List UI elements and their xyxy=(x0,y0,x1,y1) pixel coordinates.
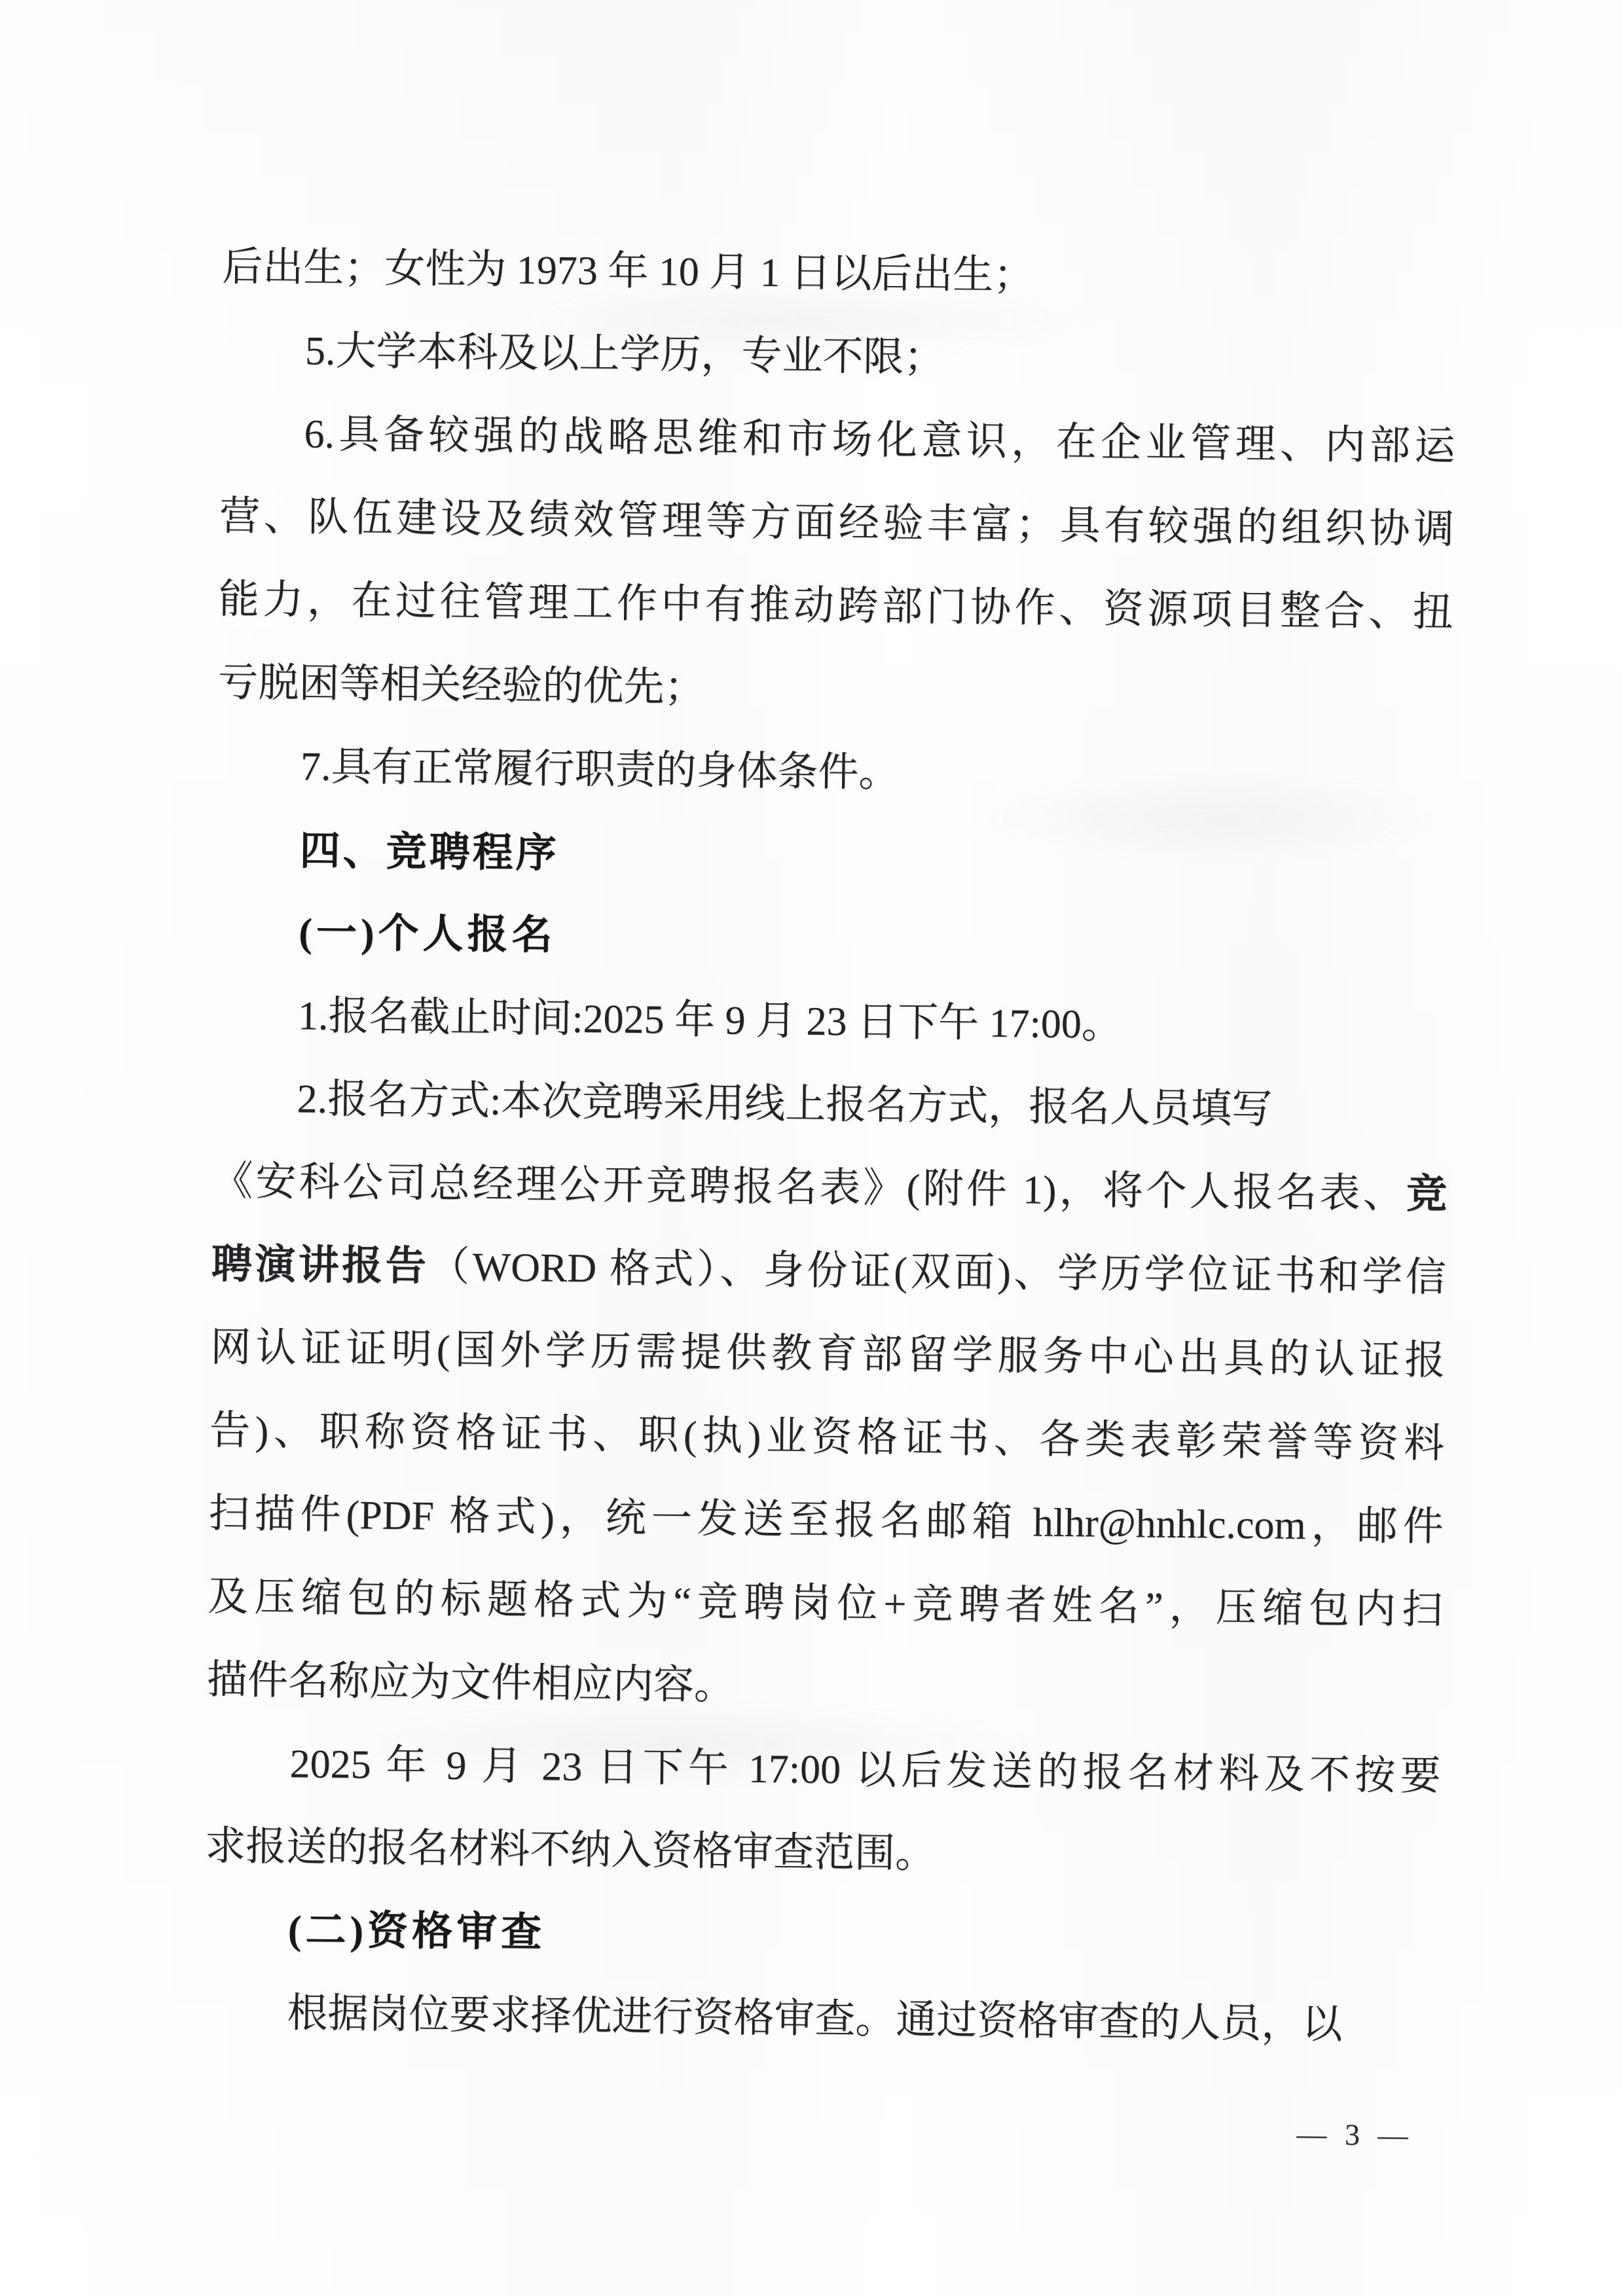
text-segment: （WORD 格式）、身份证(双面)、学历学位证书和学信 xyxy=(429,1245,1446,1300)
text-line: 7.具有正常履行职责的身体条件。 xyxy=(216,725,1451,821)
bold-text-segment: 聘演讲报告 xyxy=(211,1242,429,1289)
text-line: 2025 年 9 月 23 日下午 17:00 以后发送的报名材料及不按要 xyxy=(206,1722,1441,1818)
text-segment: 能力，在过往管理工作中有推动跨部门协作、资源项目整合、扭 xyxy=(218,577,1453,635)
text-line: 《安科公司总经理公开竞聘报名表》(附件 1)，将个人报名表、竞 xyxy=(212,1140,1448,1236)
text-segment: 后出生；女性为 1973 年 10 月 1 日以后出生； xyxy=(222,245,1034,298)
text-segment: 《安科公司总经理公开竞聘报名表》(附件 1)，将个人报名表、 xyxy=(212,1159,1407,1217)
text-line: 扫描件(PDF 格式)，统一发送至报名邮箱 hlhr@hnhlc.com，邮件 xyxy=(208,1473,1444,1569)
scanned-document-page: { "page": { "number_label": "— 3 —" }, "… xyxy=(0,0,1623,2296)
text-line: 根据岗位要求择优进行资格审查。通过资格审查的人员，以 xyxy=(203,1971,1438,2068)
heading-line: (一)个人报名 xyxy=(215,891,1450,987)
text-segment: 7.具有正常履行职责的身体条件。 xyxy=(301,744,900,795)
text-segment: 扫描件(PDF 格式)，统一发送至报名邮箱 hlhr@hnhlc.com，邮件 xyxy=(208,1492,1444,1549)
text-segment: 描件名称应为文件相应内容。 xyxy=(207,1658,735,1708)
text-segment: 6.具备较强的战略思维和市场化意识，在企业管理、内部运 xyxy=(304,412,1455,469)
text-line: 后出生；女性为 1973 年 10 月 1 日以后出生； xyxy=(222,226,1457,322)
text-line: 2.报名方式:本次竞聘采用线上报名方式，报名人员填写 xyxy=(213,1057,1448,1153)
text-line: 描件名称应为文件相应内容。 xyxy=(206,1639,1442,1735)
text-segment: 求报送的报名材料不纳入资格审查范围。 xyxy=(205,1824,936,1876)
bold-text-segment: (二)资格审查 xyxy=(287,1908,545,1955)
text-line: 6.具备较强的战略思维和市场化意识，在企业管理、内部运 xyxy=(220,392,1455,488)
text-segment: 2025 年 9 月 23 日下午 17:00 以后发送的报名材料及不按要 xyxy=(289,1742,1441,1799)
bold-text-segment: 竞 xyxy=(1406,1172,1448,1217)
text-line: 能力，在过往管理工作中有推动跨部门协作、资源项目整合、扭 xyxy=(218,558,1453,655)
text-segment: 5.大学本科及以上学历，专业不限； xyxy=(305,329,945,380)
text-line: 5.大学本科及以上学历，专业不限； xyxy=(221,309,1456,405)
text-line: 及压缩包的标题格式为“竞聘岗位+竞聘者姓名”，压缩包内扫 xyxy=(208,1556,1443,1652)
text-segment: 网认证证明(国外学历需提供教育部留学服务中心出具的认证报 xyxy=(210,1325,1446,1383)
text-segment: 1.报名截止时间:2025 年 9 月 23 日下午 17:00。 xyxy=(298,994,1123,1047)
text-segment: 告)、职称资格证书、职(执)业资格证书、各类表彰荣誉等资料 xyxy=(210,1408,1445,1466)
text-segment: 2.报名方式:本次竞聘采用线上报名方式，报名人员填写 xyxy=(297,1077,1272,1132)
bold-text-segment: 四、竞聘程序 xyxy=(299,826,559,876)
text-segment: 及压缩包的标题格式为“竞聘岗位+竞聘者姓名”，压缩包内扫 xyxy=(208,1575,1443,1632)
text-line: 聘演讲报告（WORD 格式）、身份证(双面)、学历学位证书和学信 xyxy=(211,1223,1446,1319)
page-number: — 3 — xyxy=(1296,2115,1413,2155)
heading-line: (二)资格审查 xyxy=(204,1888,1439,1984)
text-segment: 营、队伍建设及绩效管理等方面经验丰富；具有较强的组织协调 xyxy=(219,494,1455,552)
text-line: 1.报名截止时间:2025 年 9 月 23 日下午 17:00。 xyxy=(213,974,1449,1070)
text-line: 亏脱困等相关经验的优先； xyxy=(217,641,1453,738)
text-line: 求报送的报名材料不纳入资格审查范围。 xyxy=(205,1805,1440,1901)
document-body: 后出生；女性为 1973 年 10 月 1 日以后出生；5.大学本科及以上学历，… xyxy=(203,226,1457,2068)
text-line: 营、队伍建设及绩效管理等方面经验丰富；具有较强的组织协调 xyxy=(219,475,1455,571)
text-line: 网认证证明(国外学历需提供教育部留学服务中心出具的认证报 xyxy=(210,1306,1446,1403)
text-segment: 根据岗位要求择优进行资格审查。通过资格审查的人员，以 xyxy=(287,1991,1343,2047)
text-line: 告)、职称资格证书、职(执)业资格证书、各类表彰荣誉等资料 xyxy=(209,1390,1444,1486)
text-segment: 亏脱困等相关经验的优先； xyxy=(217,660,705,710)
bold-text-segment: (一)个人报名 xyxy=(299,910,556,958)
heading-line: 四、竞聘程序 xyxy=(215,808,1451,904)
